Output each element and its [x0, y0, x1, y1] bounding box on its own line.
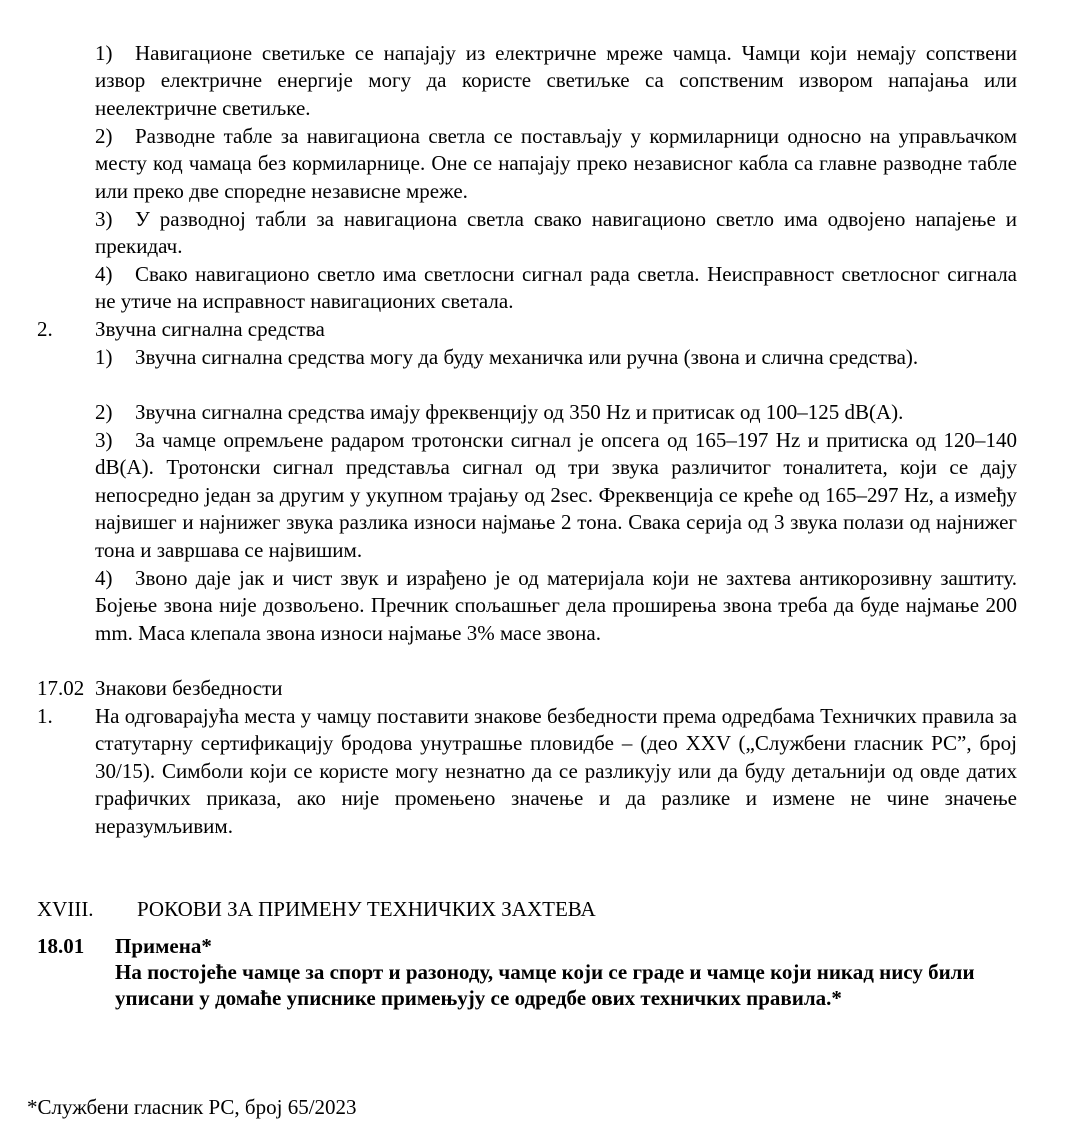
item-number: 4) — [95, 261, 135, 288]
item-text: Свако навигационо светло има светлосни с… — [95, 262, 1017, 313]
sound-item-2: 2)Звучна сигнална средства имају фреквен… — [95, 399, 1025, 426]
item-number: 1) — [95, 344, 135, 371]
item-text: Навигационе светиљке се напајају из елек… — [95, 41, 1017, 120]
lights-item-4: 4)Свако навигационо светло има светлосни… — [95, 261, 1017, 316]
section-17-02-heading: 17.02Знакови безбедности — [37, 675, 1017, 702]
lights-item-1: 1)Навигационе светиљке се напајају из ел… — [95, 40, 1017, 122]
item-number: 3) — [95, 427, 135, 454]
section-title: Звучна сигнална средства — [95, 317, 325, 341]
item-text: На одговарајућа места у чамцу поставити … — [95, 703, 1017, 840]
section-text: На постојеће чамце за спорт и разоноду, … — [115, 959, 995, 1011]
sound-section-heading: 2.Звучна сигнална средства — [37, 316, 1017, 343]
item-text: Звучна сигнална средства могу да буду ме… — [135, 345, 918, 369]
section-number: 17.02 — [37, 675, 95, 702]
sound-item-3: 3)За чамце опремљене радаром тротонски с… — [95, 427, 1017, 564]
item-text: Звоно даје јак и чист звук и израђено је… — [95, 566, 1017, 645]
item-text: Звучна сигнална средства имају фреквенци… — [135, 400, 903, 424]
chapter-title: РОКОВИ ЗА ПРИМЕНУ ТЕХНИЧКИХ ЗАХТЕВА — [137, 897, 596, 921]
item-text: Разводне табле за навигациона светла се … — [95, 124, 1017, 203]
item-number: 1. — [37, 703, 53, 730]
item-number: 2) — [95, 399, 135, 426]
item-number: 1) — [95, 40, 135, 67]
item-text: У разводној табли за навигациона светла … — [95, 207, 1017, 258]
sound-item-1: 1)Звучна сигнална средства могу да буду … — [95, 344, 1017, 371]
footnote: *Службени гласник РС, број 65/2023 — [27, 1094, 927, 1121]
section-title: Знакови безбедности — [95, 676, 283, 700]
document-page: 1)Навигационе светиљке се напајају из ел… — [0, 0, 1090, 1141]
lights-item-3: 3)У разводној табли за навигациона светл… — [95, 206, 1017, 261]
section-number: 18.01 — [37, 933, 84, 959]
chapter-number: XVIII. — [37, 896, 137, 923]
item-number: 4) — [95, 565, 135, 592]
item-text: За чамце опремљене радаром тротонски сиг… — [95, 428, 1017, 562]
footnote-text: *Службени гласник РС, број 65/2023 — [27, 1095, 357, 1119]
item-number: 2) — [95, 123, 135, 150]
section-number: 2. — [37, 316, 95, 343]
section-title: Примена* — [115, 933, 1017, 959]
lights-item-2: 2)Разводне табле за навигациона светла с… — [95, 123, 1017, 205]
chapter-18-heading: XVIII.РОКОВИ ЗА ПРИМЕНУ ТЕХНИЧКИХ ЗАХТЕВ… — [37, 896, 1017, 923]
section-17-02-item-1: 1. На одговарајућа места у чамцу постави… — [37, 703, 1017, 840]
section-18-01: 18.01 Примена* На постојеће чамце за спо… — [37, 933, 1017, 1011]
item-number: 3) — [95, 206, 135, 233]
sound-item-4: 4)Звоно даје јак и чист звук и израђено … — [95, 565, 1017, 647]
